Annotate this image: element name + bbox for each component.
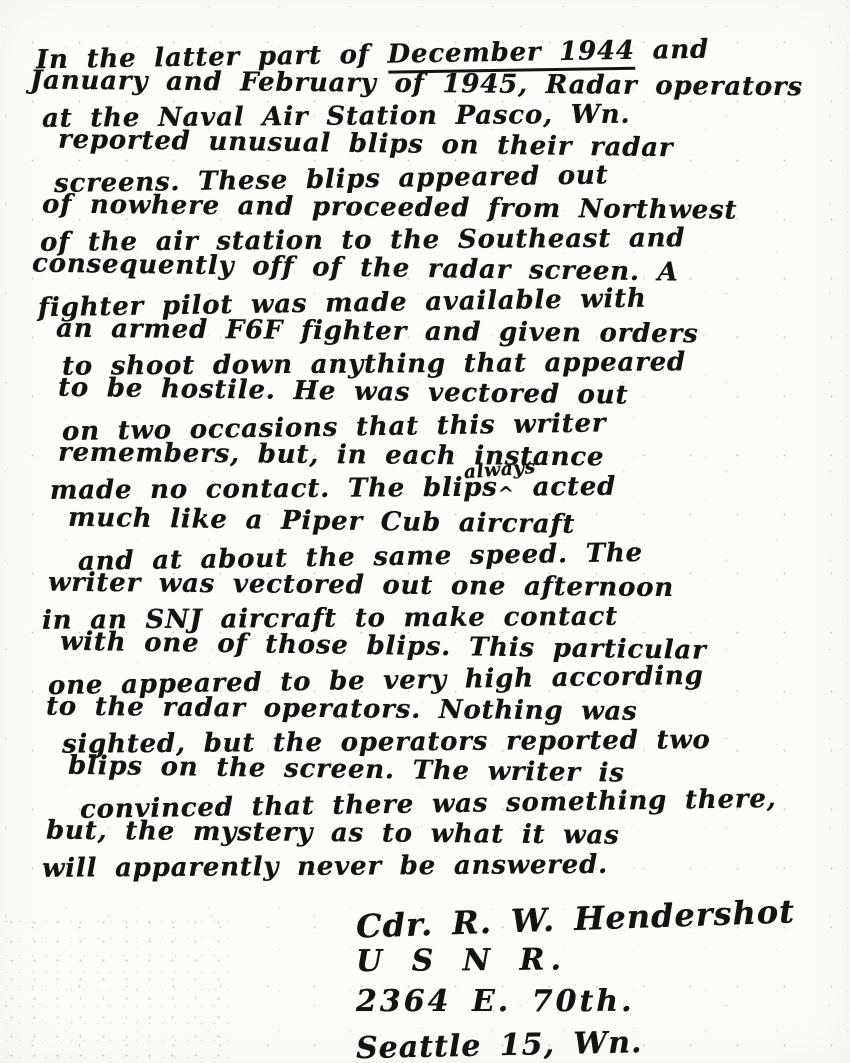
letter-line: remembers, but, in each instance bbox=[58, 438, 824, 476]
letter-body: In the latter part of December 1944 and … bbox=[0, 0, 850, 881]
insertion-point: ^always bbox=[498, 472, 515, 509]
signature-service: U S N R. bbox=[356, 937, 850, 983]
letter-line: but, the mystery as to what it was bbox=[46, 815, 824, 853]
caret-mark: ^ bbox=[498, 482, 515, 505]
letter-line: an armed F6F fighter and given orders bbox=[56, 314, 824, 352]
letter-line: of nowhere and proceeded from Northwest bbox=[42, 190, 824, 228]
scanned-letter-page: In the latter part of December 1944 and … bbox=[0, 0, 850, 1063]
line-text: made no contact. The blips bbox=[50, 473, 498, 506]
letter-line: will apparently never be answered. bbox=[42, 848, 824, 884]
inserted-word: always bbox=[462, 452, 536, 488]
signature-block: Cdr. R. W. Hendershot U S N R. 2364 E. 7… bbox=[356, 897, 850, 1063]
signature-city: Seattle 15, Wn. bbox=[356, 1018, 850, 1063]
signature-address: 2364 E. 70th. bbox=[356, 981, 850, 1023]
letter-line: January and February of 1945, Radar oper… bbox=[30, 66, 824, 104]
line-text: and bbox=[635, 35, 710, 66]
underlined-date: December 1944 bbox=[387, 36, 635, 74]
letter-line: to the radar operators. Nothing was bbox=[46, 691, 824, 729]
letter-line: writer was vectored out one afternoon bbox=[48, 567, 824, 605]
